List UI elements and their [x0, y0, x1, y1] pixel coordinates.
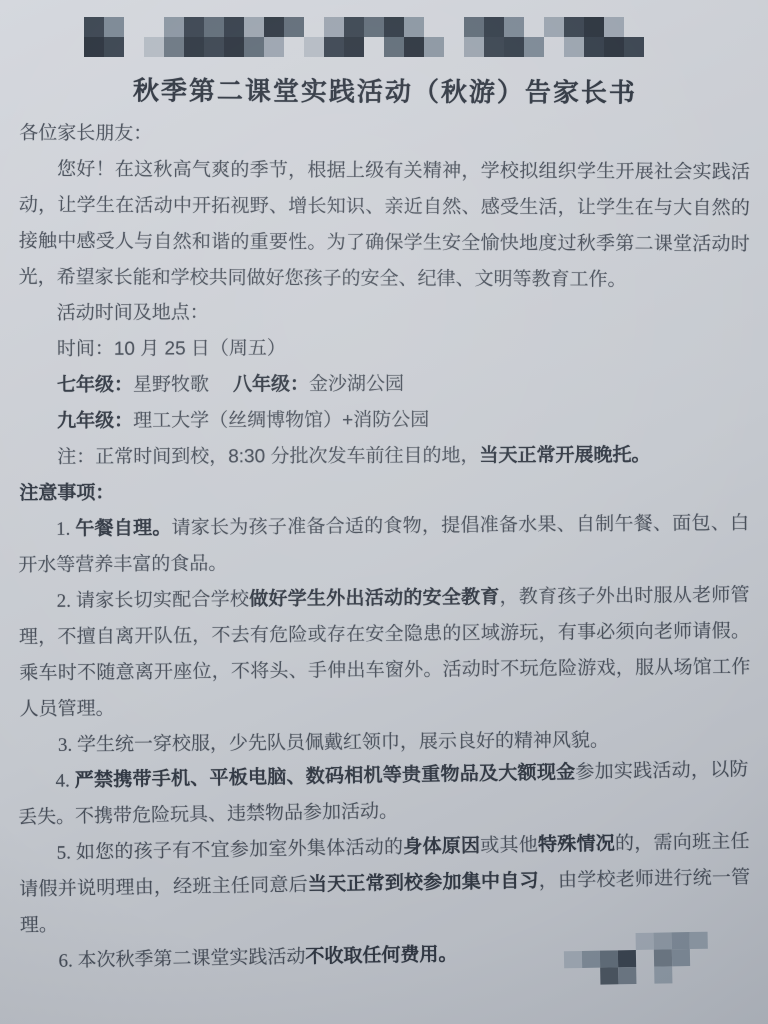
grade7-label: 七年级： [57, 375, 133, 396]
text: 2. 请家长切实配合学校 [57, 589, 250, 612]
mosaic-cell [636, 950, 654, 967]
grade7-value: 星野牧歌 [133, 374, 209, 395]
bold-text: 当天正常到校参加集中自习 [308, 871, 539, 896]
bold-text: 做好学生外出活动的安全教育 [249, 587, 500, 610]
text: 1. [56, 519, 75, 540]
bold-text: 严禁携带手机、平板电脑、数码相机等贵重物品及大额现金 [75, 762, 576, 791]
page-title: 秋季第二课堂实践活动（秋游）告家长书 [19, 70, 750, 113]
text: 5. 如您的孩子有不宜参加室外集体活动的 [57, 837, 404, 864]
mosaic-cell [690, 949, 708, 966]
grade9-value: 理工大学（丝绸博物馆）+消防公园 [133, 410, 429, 432]
text: 4. [55, 770, 75, 791]
top-section: 秋季第二课堂实践活动（秋游）告家长书 各位家长朋友： 您好！在这秋高气爽的季节，… [19, 70, 751, 299]
mosaic-cell [654, 966, 672, 983]
mosaic-cell [708, 965, 726, 982]
mosaic-cell [672, 932, 690, 949]
schedule-section: 活动时间及地点： 时间：10 月 25 日（周五） 七年级：星野牧歌八年级：金沙… [19, 294, 751, 513]
mosaic-cell [582, 968, 600, 985]
notice-item-4: 4. 严禁携带手机、平板电脑、数码相机等贵重物品及大额现金参加实践活动，以防丢失… [17, 752, 749, 836]
bold-text: 午餐自理。 [75, 518, 171, 540]
redacted-signature [546, 931, 727, 985]
mosaic-cell [546, 951, 564, 968]
text: 6. 本次秋季第二课堂实践活动 [58, 947, 305, 972]
schedule-grade7-8: 七年级：星野牧歌八年级：金沙湖公园 [19, 366, 750, 405]
schedule-grade9: 九年级：理工大学（丝绸博物馆）+消防公园 [19, 402, 750, 441]
mosaic-cell [564, 951, 582, 968]
mosaic-cell [600, 933, 618, 950]
mosaic-cell [618, 967, 636, 984]
bold-text: 特殊情况 [538, 833, 615, 855]
text: 3. 学生统一穿校服，少先队员佩戴红领巾，展示良好的精神风貌。 [58, 730, 609, 756]
notice-item-5: 5. 如您的孩子有不宜参加室外集体活动的身体原因或其他特殊情况的，需向班主任请假… [18, 824, 751, 944]
mosaic-cell [618, 933, 636, 950]
bold-text: 身体原因 [403, 836, 480, 858]
mosaic-cell [582, 934, 600, 951]
mosaic-cell [618, 950, 636, 967]
mosaic-cell [654, 949, 672, 966]
mosaic-cell [564, 968, 582, 985]
schedule-heading: 活动时间及地点： [19, 294, 750, 333]
mosaic-cell [672, 966, 690, 983]
text: 或其他 [480, 835, 538, 857]
notice-document: 秋季第二课堂实践活动（秋游）告家长书 各位家长朋友： 您好！在这秋高气爽的季节，… [0, 0, 768, 980]
grade8-value: 金沙湖公园 [309, 374, 404, 395]
photographed-notice-sheet: 秋季第二课堂实践活动（秋游）告家长书 各位家长朋友： 您好！在这秋高气爽的季节，… [0, 0, 768, 1024]
mosaic-cell [600, 967, 618, 984]
intro-paragraph: 您好！在这秋高气爽的季节，根据上级有关精神，学校拟组织学生开展社会实践活动，让学… [19, 152, 751, 299]
mosaic-cell [636, 967, 654, 984]
bold-text: 不收取任何费用。 [305, 944, 457, 968]
mosaic-cell [636, 933, 654, 950]
notice-items-1-3: 1. 午餐自理。请家长为孩子准备合适的食物，提倡准备水果、自制午餐、面包、白开水… [18, 506, 751, 764]
mosaic-cell [690, 966, 708, 983]
mosaic-cell [600, 950, 618, 967]
mosaic-cell [708, 931, 726, 948]
notice-item-2: 2. 请家长切实配合学校做好学生外出活动的安全教育，教育孩子外出时服从老师管理，… [19, 578, 751, 728]
grade8-label: 八年级： [233, 374, 309, 395]
grade9-label: 九年级： [57, 411, 133, 432]
mosaic-cell [654, 932, 672, 949]
mosaic-cell [582, 951, 600, 968]
mosaic-cell [708, 948, 726, 965]
mosaic-cell [690, 932, 708, 949]
schedule-note: 注：正常时间到校，8:30 分批次发车前往目的地，当天正常开展晚托。 [19, 438, 750, 477]
schedule-time: 时间：10 月 25 日（周五） [19, 330, 750, 369]
greeting: 各位家长朋友： [19, 116, 750, 155]
bold-text: 当天正常开展晚托。 [479, 445, 650, 467]
mosaic-row [546, 965, 726, 985]
mosaic-cell [672, 949, 690, 966]
notice-item-1: 1. 午餐自理。请家长为孩子准备合适的食物，提倡准备水果、自制午餐、面包、白开水… [18, 506, 750, 584]
mosaic-cell [546, 968, 564, 985]
mosaic-cell [546, 934, 564, 951]
mosaic-cell [564, 934, 582, 951]
text: 注：正常时间到校，8:30 分批次发车前往目的地， [57, 445, 479, 467]
